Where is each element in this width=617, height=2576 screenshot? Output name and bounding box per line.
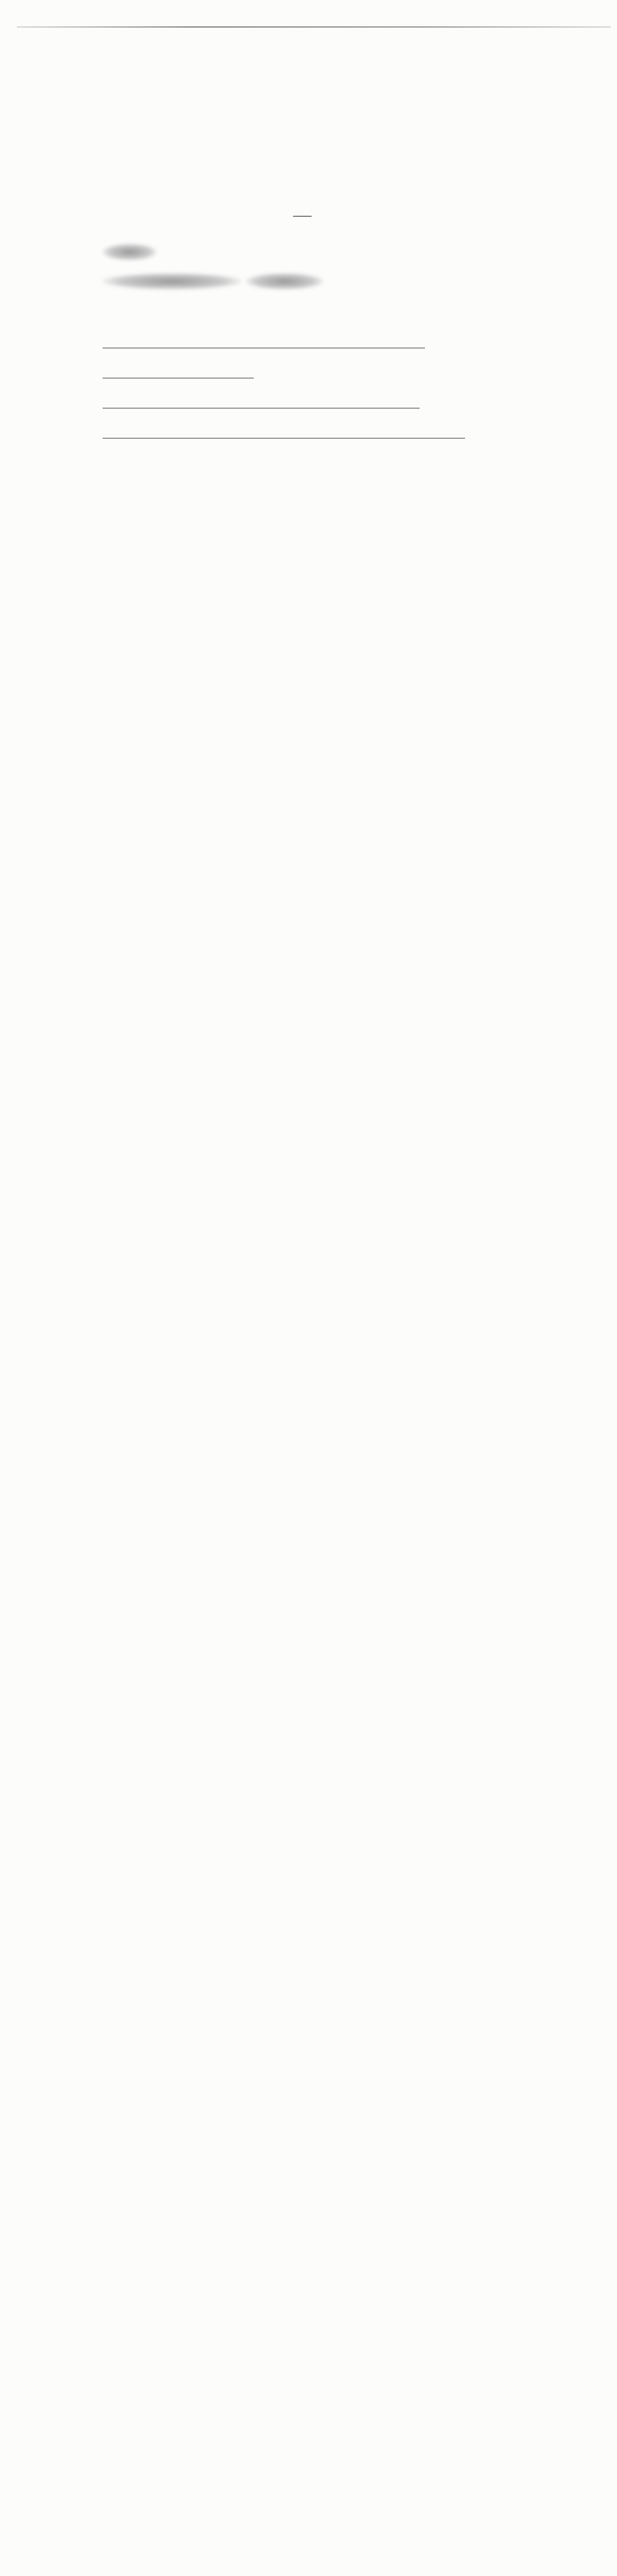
unit-name-row <box>103 333 527 348</box>
unit-address-field <box>103 425 465 439</box>
party-name-row <box>103 244 527 261</box>
page-1 <box>0 0 617 876</box>
redacted-id-number <box>103 273 241 290</box>
legal-rep-field <box>103 395 246 409</box>
redacted-birthdate <box>103 244 157 261</box>
position-field <box>246 395 420 409</box>
page-top-rule <box>17 26 611 28</box>
license-field <box>103 365 254 378</box>
license-row <box>103 363 527 378</box>
unit-address-row <box>103 423 527 439</box>
redacted-phone <box>246 273 323 290</box>
doc-prefix <box>293 216 312 217</box>
party-id-row <box>103 273 527 290</box>
unit-name-field <box>103 335 425 348</box>
document-number <box>293 206 312 220</box>
legal-rep-row <box>103 393 527 409</box>
